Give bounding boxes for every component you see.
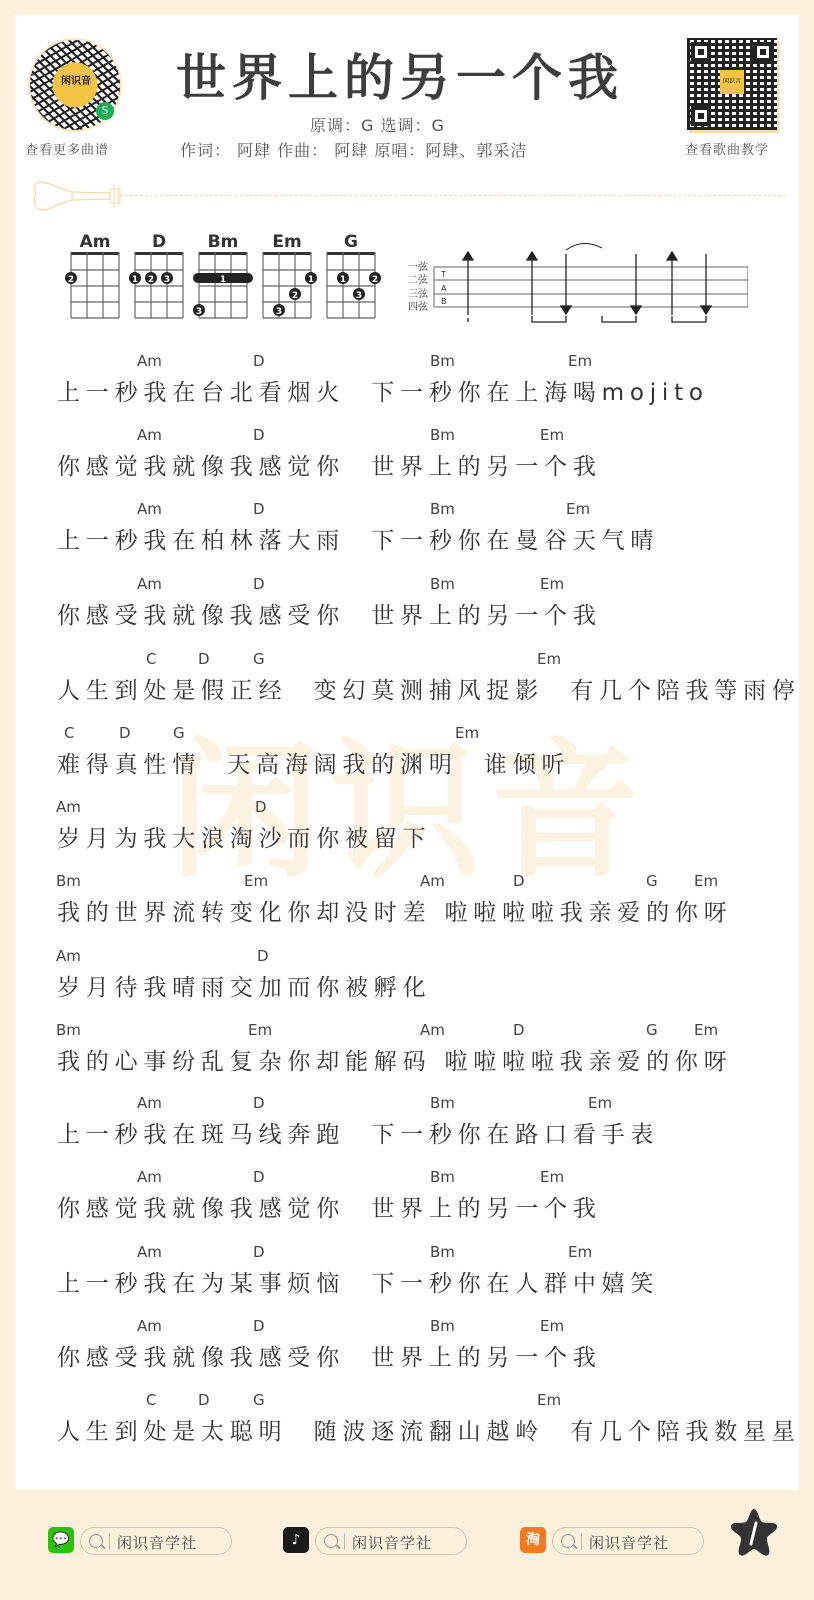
chord-label: Em	[540, 1168, 564, 1186]
search-icon	[89, 1534, 103, 1548]
qr-logo-text: 闲识音	[56, 72, 96, 87]
chord-label: D	[253, 1317, 265, 1335]
lyric-text: 上一秒我在斑马线奔跑 下一秒你在路口看手表	[57, 1116, 659, 1149]
key-info: 原调：G 选调：G	[310, 113, 445, 136]
lyric-text: 上一秒我在台北看烟火 下一秒你在上海喝mojito	[57, 374, 709, 407]
separator	[581, 1533, 582, 1550]
chord-grid: 1 2 3	[128, 250, 190, 322]
lyric-text: 你感觉我就像我感觉你 世界上的另一个我	[57, 448, 602, 481]
string-label: 四弦	[408, 300, 429, 313]
lyric-line: CDGEm人生到处是太聪明 随波逐流翻山越岭 有几个陪我数星星	[0, 1391, 814, 1441]
chord-grid: 1 2 3	[320, 250, 382, 322]
svg-text:3: 3	[356, 291, 362, 301]
lyric-line: AmDBmEm上一秒我在为某事烦恼 下一秒你在人群中嬉笑	[0, 1243, 814, 1293]
lyric-line: AmD岁月为我大浪淘沙而你被留下	[0, 798, 814, 848]
chord-label: D	[253, 500, 265, 518]
svg-text:T: T	[440, 270, 446, 279]
chord-label: G	[646, 1021, 658, 1039]
chord-label: Bm	[56, 1021, 81, 1039]
section-divider	[120, 195, 786, 196]
lyric-line: AmDBmEm你感觉我就像我感觉你 世界上的另一个我	[0, 1168, 814, 1218]
chord-label: D	[253, 575, 265, 593]
svg-text:1: 1	[132, 275, 138, 285]
chord-label: Am	[137, 352, 162, 370]
tutorial-caption[interactable]: 查看歌曲教学	[685, 139, 769, 158]
more-sheets-caption[interactable]: 查看更多曲谱	[25, 139, 109, 158]
lyric-text: 我的世界流转变化你却没时差 啦啦啦啦我亲爱的你呀	[57, 894, 733, 927]
chord-name: Am	[70, 232, 120, 252]
svg-text:3: 3	[164, 275, 170, 285]
footer: 💬 闲识音学社 ♪ 闲识音学社 淘 闲识音学社	[0, 1510, 814, 1570]
svg-text:1: 1	[340, 275, 346, 285]
chord-label: Em	[537, 1391, 561, 1409]
lyric-line: CDGEm人生到处是假正经 变幻莫测捕风捉影 有几个陪我等雨停	[0, 650, 814, 700]
chord-name: Em	[262, 232, 312, 252]
credits-info: 作词： 阿肆 作曲： 阿肆 原唱：阿肆、郭采洁	[180, 138, 527, 161]
chord-label: Am	[137, 500, 162, 518]
lyric-text: 你感受我就像我感受你 世界上的另一个我	[57, 1339, 602, 1372]
lyric-line: AmDBmEm上一秒我在台北看烟火 下一秒你在上海喝mojito	[0, 352, 814, 402]
chord-label: Em	[694, 872, 718, 890]
chord-label: G	[173, 724, 185, 742]
chord-label: Am	[137, 426, 162, 444]
search-icon	[561, 1534, 575, 1548]
string-label: 二弦	[408, 273, 429, 286]
lyric-text: 上一秒我在为某事烦恼 下一秒你在人群中嬉笑	[57, 1265, 659, 1298]
chord-label: Em	[537, 650, 561, 668]
mini-program-icon: S	[96, 102, 114, 120]
chord-label: Am	[137, 1168, 162, 1186]
chord-label: Bm	[430, 1168, 455, 1186]
chord-name: G	[326, 232, 376, 252]
chord-label: Am	[420, 1021, 445, 1039]
chord-label: Em	[455, 724, 479, 742]
tutorial-qr-code[interactable]: 闲识音	[687, 38, 777, 130]
chord-label: D	[119, 724, 131, 742]
chord-name: Bm	[198, 232, 248, 252]
svg-text:2: 2	[372, 275, 378, 285]
separator	[109, 1533, 110, 1550]
chord-label: D	[253, 352, 265, 370]
lyric-line: BmEmAmDGEm我的世界流转变化你却没时差 啦啦啦啦我亲爱的你呀	[0, 872, 814, 922]
chord-label: Bm	[56, 872, 81, 890]
svg-text:1: 1	[308, 275, 314, 285]
search-text: 闲识音学社	[117, 1532, 197, 1553]
chord-label: Em	[244, 872, 268, 890]
lyric-line: CDGEm难得真性情 天高海阔我的渊明 谁倾听	[0, 724, 814, 774]
chord-label: D	[257, 947, 269, 965]
chord-label: Am	[137, 1094, 162, 1112]
chord-label: D	[253, 426, 265, 444]
chord-label: D	[513, 1021, 525, 1039]
lyric-text: 岁月待我晴雨交加而你被孵化	[57, 969, 431, 1002]
string-label: 三弦	[408, 287, 429, 300]
guitar-icon	[32, 176, 127, 216]
chord-grid: 2	[64, 250, 126, 322]
chord-label: Em	[540, 1317, 564, 1335]
lyric-text: 岁月为我大浪淘沙而你被留下	[57, 820, 431, 853]
lyric-line: BmEmAmDGEm我的心事纷乱复杂你却能解码 啦啦啦啦我亲爱的你呀	[0, 1021, 814, 1071]
search-pill[interactable]: 闲识音学社	[80, 1527, 232, 1555]
svg-text:3: 3	[276, 307, 282, 317]
lyric-text: 你感受我就像我感受你 世界上的另一个我	[57, 597, 602, 630]
svg-text:1: 1	[220, 275, 226, 285]
chord-label: Am	[420, 872, 445, 890]
chord-label: Am	[56, 798, 81, 816]
chord-name: D	[134, 232, 184, 252]
lyric-text: 难得真性情 天高海阔我的渊明 谁倾听	[57, 746, 570, 779]
search-pill[interactable]: 闲识音学社	[315, 1527, 467, 1555]
chord-label: Em	[566, 500, 590, 518]
chord-label: Bm	[430, 1094, 455, 1112]
chord-label: Em	[568, 1243, 592, 1261]
qr-finder	[753, 42, 773, 62]
chord-label: D	[198, 650, 210, 668]
qr-finder	[691, 42, 711, 62]
chord-label: Em	[540, 575, 564, 593]
chord-label: Am	[56, 947, 81, 965]
chord-label: G	[253, 1391, 265, 1409]
svg-text:2: 2	[292, 291, 298, 301]
brand-star-icon	[728, 1506, 780, 1558]
lyric-text: 人生到处是假正经 变幻莫测捕风捉影 有几个陪我等雨停	[57, 672, 801, 705]
chord-label: C	[64, 724, 74, 742]
douyin-icon: ♪	[283, 1527, 309, 1553]
string-label: 一弦	[408, 260, 429, 273]
chord-label: Em	[568, 352, 592, 370]
search-pill[interactable]: 闲识音学社	[552, 1527, 704, 1555]
search-text: 闲识音学社	[589, 1532, 669, 1553]
lyric-text: 你感觉我就像我感觉你 世界上的另一个我	[57, 1190, 602, 1223]
chord-label: D	[253, 1243, 265, 1261]
lyric-text: 我的心事纷乱复杂你却能解码 啦啦啦啦我亲爱的你呀	[57, 1043, 733, 1076]
chord-label: G	[646, 872, 658, 890]
separator	[344, 1533, 345, 1550]
chord-label: D	[513, 872, 525, 890]
wechat-icon: 💬	[48, 1527, 74, 1553]
chord-label: Em	[248, 1021, 272, 1039]
svg-text:2: 2	[68, 275, 74, 285]
chord-label: Bm	[430, 1317, 455, 1335]
chord-label: Am	[137, 1317, 162, 1335]
qr-logo-text: 闲识音	[720, 70, 744, 94]
lyric-line: AmDBmEm你感觉我就像我感觉你 世界上的另一个我	[0, 426, 814, 476]
chord-label: Em	[540, 426, 564, 444]
chord-label: Em	[588, 1094, 612, 1112]
chord-label: Bm	[430, 500, 455, 518]
chord-label: Bm	[430, 352, 455, 370]
chord-label: G	[253, 650, 265, 668]
strum-pattern-tab: 一弦 二弦 三弦 四弦 TAB	[408, 240, 748, 330]
chord-label: Am	[137, 575, 162, 593]
chord-label: D	[198, 1391, 210, 1409]
svg-text:A: A	[441, 284, 447, 293]
lyric-line: AmDBmEm你感受我就像我感受你 世界上的另一个我	[0, 1317, 814, 1367]
svg-text:2: 2	[148, 275, 154, 285]
mini-program-qr-code[interactable]: 闲识音 S	[28, 38, 122, 132]
chord-label: Em	[694, 1021, 718, 1039]
chord-grid: 1 2 3	[256, 250, 318, 322]
chord-label: Bm	[430, 1243, 455, 1261]
lyric-line: AmDBmEm你感受我就像我感受你 世界上的另一个我	[0, 575, 814, 625]
chord-grid: 1 3	[192, 250, 254, 322]
chord-label: D	[253, 1094, 265, 1112]
lyric-line: AmDBmEm上一秒我在柏林落大雨 下一秒你在曼谷天气晴	[0, 500, 814, 550]
lyric-line: AmD岁月待我晴雨交加而你被孵化	[0, 947, 814, 997]
chord-label: Bm	[430, 426, 455, 444]
chord-label: D	[255, 798, 267, 816]
lyric-text: 上一秒我在柏林落大雨 下一秒你在曼谷天气晴	[57, 522, 659, 555]
chord-label: C	[146, 1391, 156, 1409]
search-text: 闲识音学社	[352, 1532, 432, 1553]
chord-label: Bm	[430, 575, 455, 593]
taobao-icon: 淘	[520, 1527, 546, 1553]
chord-label: D	[253, 1168, 265, 1186]
search-icon	[324, 1534, 338, 1548]
lyric-line: AmDBmEm上一秒我在斑马线奔跑 下一秒你在路口看手表	[0, 1094, 814, 1144]
chord-label: Am	[137, 1243, 162, 1261]
chord-label: C	[146, 650, 156, 668]
song-title: 世界上的另一个我	[150, 38, 650, 110]
svg-text:B: B	[441, 297, 447, 306]
lyric-text: 人生到处是太聪明 随波逐流翻山越岭 有几个陪我数星星	[57, 1413, 801, 1446]
svg-text:3: 3	[196, 307, 202, 317]
qr-finder	[691, 106, 711, 126]
